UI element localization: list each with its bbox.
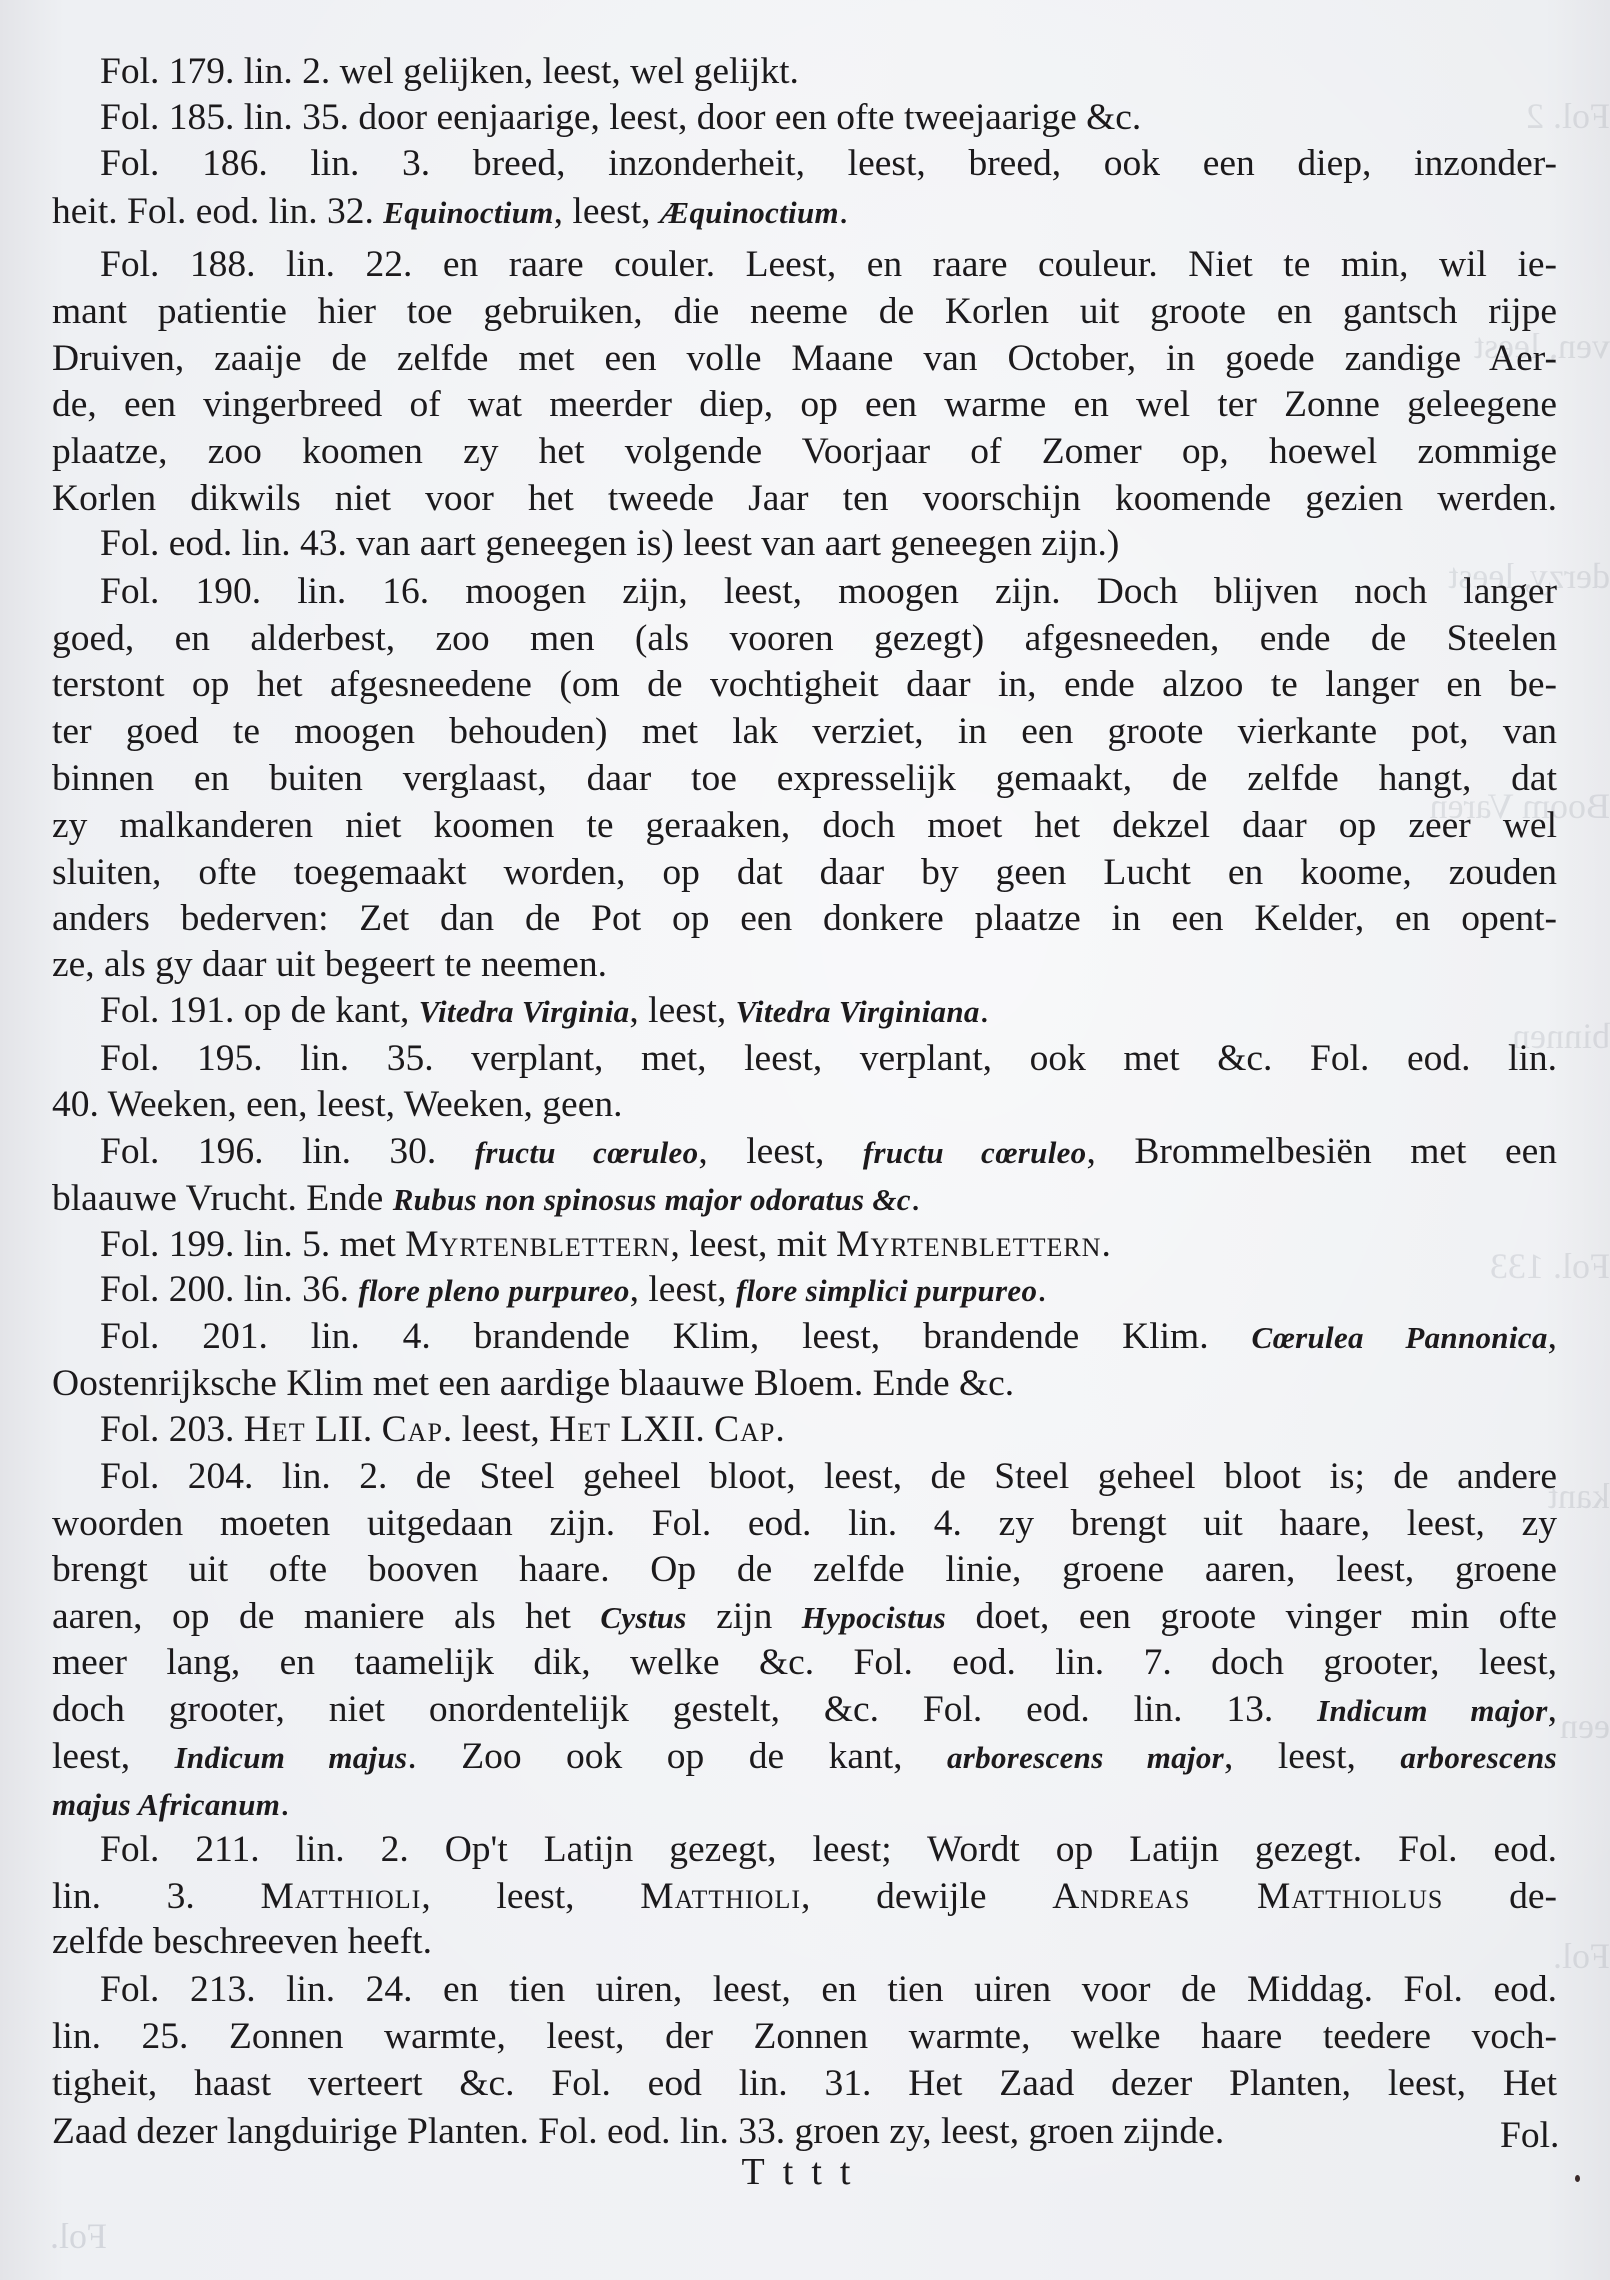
text-line: brengt uit ofte booven haare. Op de zelf… <box>52 1548 1557 1592</box>
small-caps-name: Myrtenblettern <box>405 1224 670 1265</box>
text-segment: de- <box>1443 1876 1557 1917</box>
text-line: de, een vingerbreed of wat meerder diep,… <box>52 383 1557 427</box>
text-segment: de, een vingerbreed of wat meerder diep,… <box>52 384 1557 425</box>
text-segment: . leest, <box>443 1409 549 1450</box>
small-caps-name: Andreas Matthiolus <box>1052 1876 1443 1917</box>
text-segment: , dewijle <box>801 1876 1052 1917</box>
text-line: Fol. 204. lin. 2. de Steel geheel bloot,… <box>52 1455 1557 1499</box>
text-line: meer lang, en taamelijk dik, welke &c. F… <box>52 1641 1557 1685</box>
text-segment: Fol. 204. lin. 2. de Steel geheel bloot,… <box>100 1456 1557 1497</box>
text-segment: Fol. 199. lin. 5. met <box>100 1224 405 1265</box>
text-segment: . <box>280 1783 289 1824</box>
text-segment: Fol. 185. lin. 35. door eenjaarige, lees… <box>100 97 1141 138</box>
text-segment: Fol. 203. <box>100 1409 244 1450</box>
text-segment: goed, en alderbest, zoo men (als vooren … <box>52 618 1557 659</box>
text-segment: heit. Fol. eod. lin. 32. <box>52 191 383 232</box>
text-line: aaren, op de maniere als het Cystus zijn… <box>52 1595 1557 1640</box>
italic-latin-term: Indicum major <box>1317 1693 1547 1728</box>
text-segment: Fol. eod. lin. 43. van aart geneegen is)… <box>100 523 1119 564</box>
text-segment: , leest, <box>554 191 660 232</box>
text-segment: , leest, <box>630 1269 736 1310</box>
text-segment: , leest, <box>629 990 735 1031</box>
text-segment: sluiten, ofte toegemaakt worden, op dat … <box>52 852 1557 893</box>
text-segment: plaatze, zoo koomen zy het volgende Voor… <box>52 431 1557 472</box>
small-caps-name: Matthioli <box>640 1876 801 1917</box>
text-line: Druiven, zaaije de zelfde met een volle … <box>52 337 1557 381</box>
text-line: mant patientie hier toe gebruiken, die n… <box>52 290 1557 334</box>
text-line: 40. Weeken, een, leest, Weeken, geen. <box>52 1083 1557 1127</box>
text-line: zelfde beschreeven heeft. <box>52 1920 1557 1964</box>
text-segment: Zaad dezer langduirige Planten. Fol. eod… <box>52 2111 1224 2152</box>
italic-latin-term: flore simplici purpureo <box>736 1273 1037 1308</box>
text-segment: zelfde beschreeven heeft. <box>52 1921 432 1962</box>
text-segment: zijn <box>687 1596 802 1637</box>
text-segment: woorden moeten uitgedaan zijn. Fol. eod.… <box>52 1503 1557 1544</box>
italic-latin-term: Cystus <box>600 1600 686 1635</box>
text-segment: blaauwe Vrucht. Ende <box>52 1178 393 1219</box>
text-line: Fol. 211. lin. 2. Op't Latijn gezegt, le… <box>52 1828 1557 1872</box>
text-line: Fol. 213. lin. 24. en tien uiren, leest,… <box>52 1968 1557 2012</box>
text-segment: Fol. 186. lin. 3. breed, inzonderheit, l… <box>100 143 1557 184</box>
text-segment: , <box>1548 1689 1557 1730</box>
italic-latin-term: Equinoctium <box>383 195 553 230</box>
text-line: Fol. 195. lin. 35. verplant, met, leest,… <box>52 1037 1557 1081</box>
small-caps-name: Matthioli <box>261 1876 422 1917</box>
paper-speck <box>1575 2175 1580 2182</box>
text-line: woorden moeten uitgedaan zijn. Fol. eod.… <box>52 1502 1557 1546</box>
text-line: heit. Fol. eod. lin. 32. Equinoctium, le… <box>52 190 1557 235</box>
text-segment: anders bederven: Zet dan de Pot op een d… <box>52 898 1557 939</box>
text-line: terstont op het afgesneedene (om de voch… <box>52 663 1557 707</box>
text-segment: , Brommelbesiën met een <box>1086 1131 1557 1172</box>
text-segment: leest, <box>52 1736 175 1777</box>
text-segment: Fol. 196. lin. 30. <box>100 1131 475 1172</box>
text-line: ze, als gy daar uit begeert te neemen. <box>52 943 1557 987</box>
italic-latin-term: Vitedra Virginia <box>419 994 630 1029</box>
text-segment: , leest, <box>421 1876 640 1917</box>
italic-latin-term: Hypocistus <box>802 1600 946 1635</box>
text-line: leest, Indicum majus. Zoo ook op de kant… <box>52 1735 1557 1780</box>
text-segment: Fol. 213. lin. 24. en tien uiren, leest,… <box>100 1969 1557 2010</box>
text-line: plaatze, zoo koomen zy het volgende Voor… <box>52 430 1557 474</box>
text-line: Fol. 200. lin. 36. flore pleno purpureo,… <box>52 1268 1557 1313</box>
text-segment: , leest, <box>1224 1736 1400 1777</box>
signature-mark: Tttt <box>0 2150 1610 2194</box>
text-line: Fol. 191. op de kant, Vitedra Virginia, … <box>52 989 1557 1034</box>
text-line: doch grooter, niet onordentelijk gestelt… <box>52 1688 1557 1733</box>
small-caps-name: Cap <box>714 1409 775 1450</box>
text-line: Fol. 188. lin. 22. en raare couler. Lees… <box>52 243 1557 287</box>
text-line: Fol. 185. lin. 35. door eenjaarige, lees… <box>52 96 1557 140</box>
italic-latin-term: majus Africanum <box>52 1787 280 1822</box>
text-segment: tigheit, haast verteert &c. Fol. eod lin… <box>52 2063 1557 2104</box>
text-segment: aaren, op de maniere als het <box>52 1596 600 1637</box>
text-line: blaauwe Vrucht. Ende Rubus non spinosus … <box>52 1177 1557 1222</box>
small-caps-name: Myrtenblettern <box>836 1224 1101 1265</box>
text-line: tigheit, haast verteert &c. Fol. eod lin… <box>52 2062 1557 2106</box>
text-segment: Fol. 190. lin. 16. moogen zijn, leest, m… <box>100 571 1557 612</box>
italic-latin-term: Cœrulea Pannonica <box>1251 1320 1547 1355</box>
scanned-page: Fol. 2ven, leestderzy, leestBoom Varenbi… <box>0 0 1610 2280</box>
text-segment: . Zoo ook op de kant, <box>407 1736 947 1777</box>
text-segment: Druiven, zaaije de zelfde met een volle … <box>52 338 1557 379</box>
text-segment: LXII. <box>611 1409 714 1450</box>
text-line: Zaad dezer langduirige Planten. Fol. eod… <box>52 2110 1557 2154</box>
text-segment: Fol. 211. lin. 2. Op't Latijn gezegt, le… <box>100 1829 1557 1870</box>
text-segment: Oostenrijksche Klim met een aardige blaa… <box>52 1363 1014 1404</box>
text-segment: Korlen dikwils niet voor het tweede Jaar… <box>52 478 1557 519</box>
italic-latin-term: fructu cœruleo <box>475 1135 699 1170</box>
text-line: Fol. 196. lin. 30. fructu cœruleo, leest… <box>52 1130 1557 1175</box>
text-segment: , leest, <box>698 1131 862 1172</box>
text-line: Fol. 190. lin. 16. moogen zijn, leest, m… <box>52 570 1557 614</box>
text-line: Fol. 179. lin. 2. wel gelijken, leest, w… <box>52 50 1557 94</box>
text-segment: terstont op het afgesneedene (om de voch… <box>52 664 1557 705</box>
text-segment: . <box>1101 1224 1110 1265</box>
text-line: zy malkanderen niet koomen te geraaken, … <box>52 804 1557 848</box>
text-line: lin. 25. Zonnen warmte, leest, der Zonne… <box>52 2015 1557 2059</box>
italic-latin-term: Vitedra Virginiana <box>736 994 980 1029</box>
text-segment: , <box>1548 1316 1557 1357</box>
text-segment: 40. Weeken, een, leest, Weeken, geen. <box>52 1084 622 1125</box>
text-segment: mant patientie hier toe gebruiken, die n… <box>52 291 1557 332</box>
italic-latin-term: Rubus non spinosus major odoratus &c <box>393 1182 911 1217</box>
text-line: ter goed te moogen behouden) met lak ver… <box>52 710 1557 754</box>
italic-latin-term: Indicum majus <box>175 1740 408 1775</box>
text-segment: LII. <box>306 1409 382 1450</box>
text-segment: Fol. 179. lin. 2. wel gelijken, leest, w… <box>100 51 799 92</box>
text-segment: ter goed te moogen behouden) met lak ver… <box>52 711 1557 752</box>
text-segment: doch grooter, niet onordentelijk gestelt… <box>52 1689 1317 1730</box>
text-segment: Fol. 200. lin. 36. <box>100 1269 358 1310</box>
italic-latin-term: fructu cœruleo <box>863 1135 1087 1170</box>
small-caps-name: Cap <box>382 1409 443 1450</box>
text-segment: Fol. 195. lin. 35. verplant, met, leest,… <box>100 1038 1557 1079</box>
text-line: majus Africanum. <box>52 1782 1557 1827</box>
text-line: Fol. 199. lin. 5. met Myrtenblettern, le… <box>52 1223 1557 1267</box>
italic-latin-term: Æquinoctium <box>660 195 839 230</box>
italic-latin-term: flore pleno purpureo <box>358 1273 629 1308</box>
text-segment: Fol. 191. op de kant, <box>100 990 419 1031</box>
text-segment: . <box>839 191 848 232</box>
text-line: Fol. 203. Het LII. Cap. leest, Het LXII.… <box>52 1408 1557 1452</box>
text-line: Fol. 186. lin. 3. breed, inzonderheit, l… <box>52 142 1557 186</box>
text-segment: brengt uit ofte booven haare. Op de zelf… <box>52 1549 1557 1590</box>
text-segment: . <box>980 990 989 1031</box>
italic-latin-term: arborescens <box>1400 1740 1557 1775</box>
text-line: Oostenrijksche Klim met een aardige blaa… <box>52 1362 1557 1406</box>
text-segment: . <box>911 1178 920 1219</box>
bleed-through-fol: Fol. <box>50 2215 107 2257</box>
text-segment: lin. 25. Zonnen warmte, leest, der Zonne… <box>52 2016 1557 2057</box>
text-segment: lin. 3. <box>52 1876 261 1917</box>
text-line: Korlen dikwils niet voor het tweede Jaar… <box>52 477 1557 521</box>
text-segment: zy malkanderen niet koomen te geraaken, … <box>52 805 1557 846</box>
text-segment: , leest, mit <box>671 1224 837 1265</box>
text-segment: meer lang, en taamelijk dik, welke &c. F… <box>52 1642 1557 1683</box>
text-segment: doet, een groote vinger min ofte <box>946 1596 1557 1637</box>
text-line: goed, en alderbest, zoo men (als vooren … <box>52 617 1557 661</box>
text-line: lin. 3. Matthioli, leest, Matthioli, dew… <box>52 1875 1557 1919</box>
text-segment: . <box>775 1409 784 1450</box>
text-line: Fol. eod. lin. 43. van aart geneegen is)… <box>52 522 1557 566</box>
text-segment: . <box>1037 1269 1046 1310</box>
text-line: Fol. 201. lin. 4. brandende Klim, leest,… <box>52 1315 1557 1360</box>
text-segment: Fol. 188. lin. 22. en raare couler. Lees… <box>100 244 1557 285</box>
text-segment: binnen en buiten verglaast, daar toe exp… <box>52 758 1557 799</box>
text-line: sluiten, ofte toegemaakt worden, op dat … <box>52 851 1557 895</box>
small-caps-name: Het <box>244 1409 306 1450</box>
text-segment: ze, als gy daar uit begeert te neemen. <box>52 944 607 985</box>
text-line: anders bederven: Zet dan de Pot op een d… <box>52 897 1557 941</box>
text-line: binnen en buiten verglaast, daar toe exp… <box>52 757 1557 801</box>
text-segment: Fol. 201. lin. 4. brandende Klim, leest,… <box>100 1316 1251 1357</box>
small-caps-name: Het <box>549 1409 611 1450</box>
italic-latin-term: arborescens major <box>947 1740 1224 1775</box>
